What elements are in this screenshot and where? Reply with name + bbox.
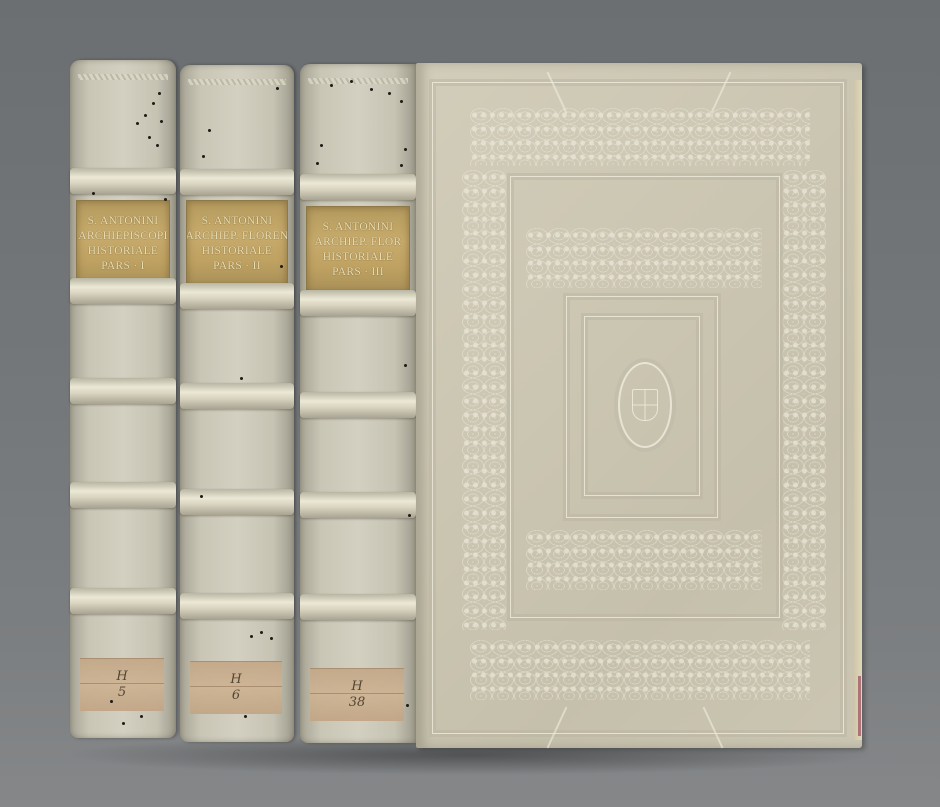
gilt-title-label: S. ANTONINI ARCHIEP. FLOR HISTORIALE PAR… — [306, 206, 410, 294]
label-line: ARCHIEP. FLOREN — [186, 229, 288, 244]
cover-floral-roll-top — [470, 108, 810, 166]
label-line: S. ANTONINI — [323, 220, 394, 235]
shelf-mark-number: 38 — [349, 695, 366, 711]
label-line: HISTORIALE — [323, 250, 394, 265]
label-line: S. ANTONINI — [202, 214, 273, 229]
raised-band — [300, 392, 416, 418]
shelf-mark-number: 6 — [232, 688, 240, 704]
spine-tooled-rule — [188, 79, 286, 85]
raised-band — [300, 290, 416, 316]
raised-band — [70, 378, 176, 404]
armorial-medallion — [618, 362, 672, 448]
label-line: HISTORIALE — [88, 244, 159, 259]
gilt-title-label: S. ANTONINI ARCHIEPISCOPI HISTORIALE PAR… — [76, 200, 170, 288]
label-line: PARS · I — [101, 259, 145, 274]
book-spine-volume-3: S. ANTONINI ARCHIEP. FLOR HISTORIALE PAR… — [300, 64, 416, 743]
raised-band — [70, 588, 176, 614]
raised-band — [180, 283, 294, 309]
shelf-mark-tag: H 5 — [80, 658, 164, 711]
spine-tooled-rule — [308, 78, 408, 84]
cover-inner-roll — [526, 228, 762, 288]
label-line: ARCHIEP. FLOR — [315, 235, 402, 250]
shelf-mark-tag: H 6 — [190, 661, 282, 714]
fore-edge — [854, 80, 862, 740]
cover-floral-roll-right — [782, 170, 826, 630]
raised-band — [300, 492, 416, 518]
raised-band — [70, 482, 176, 508]
book-spine-volume-1: S. ANTONINI ARCHIEPISCOPI HISTORIALE PAR… — [70, 60, 176, 738]
raised-band — [180, 489, 294, 515]
raised-band — [70, 278, 176, 304]
spine-tooled-rule — [78, 74, 168, 80]
label-line: PARS · II — [213, 259, 261, 274]
label-line: HISTORIALE — [202, 244, 273, 259]
label-line: PARS · III — [332, 265, 384, 280]
cover-floral-roll-bottom — [470, 640, 810, 700]
gilt-title-label: S. ANTONINI ARCHIEP. FLOREN HISTORIALE P… — [186, 200, 288, 288]
raised-band — [70, 168, 176, 194]
coat-of-arms-shield-icon — [632, 389, 658, 421]
raised-band — [180, 169, 294, 195]
cover-floral-roll-left — [462, 170, 506, 630]
label-line: ARCHIEPISCOPI — [78, 229, 168, 244]
label-line: S. ANTONINI — [88, 214, 159, 229]
shelf-mark-number: 5 — [118, 685, 126, 701]
shelf-mark-tag: H 38 — [310, 668, 404, 721]
cover-inner-roll — [526, 530, 762, 590]
raised-band — [180, 593, 294, 619]
raised-band — [300, 174, 416, 200]
raised-band — [300, 594, 416, 620]
raised-band — [180, 383, 294, 409]
book-spine-volume-2: S. ANTONINI ARCHIEP. FLOREN HISTORIALE P… — [180, 65, 294, 742]
page-edge-ribbon — [858, 676, 861, 736]
